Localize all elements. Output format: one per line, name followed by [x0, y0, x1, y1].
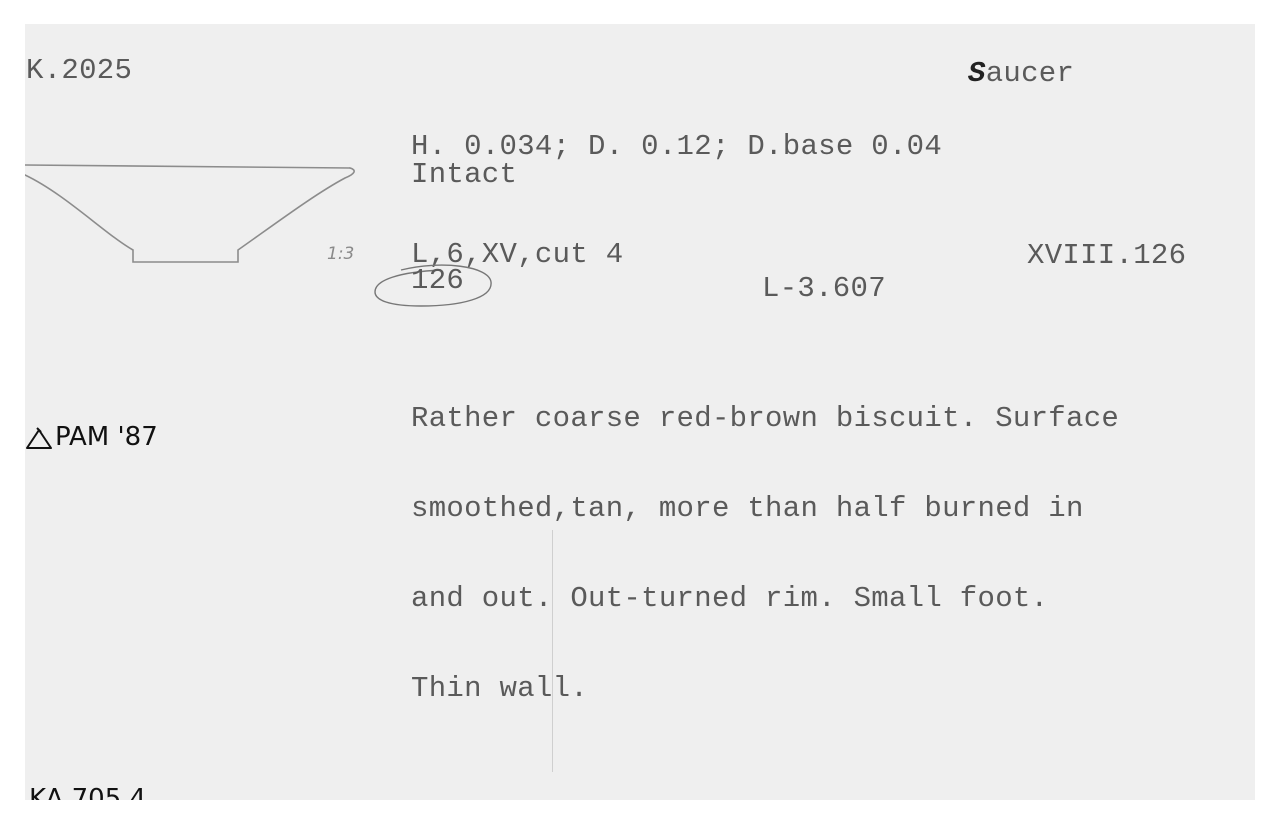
plate-reference: XVIII.126 — [1027, 243, 1186, 269]
description-line: and out. Out-turned rim. Small foot. — [411, 584, 1119, 614]
object-type-initial: S — [968, 57, 986, 90]
bottom-handwritten-note: KA 705 4 — [29, 784, 146, 800]
inventory-number: L-3.607 — [762, 276, 886, 302]
lot-number: 126 — [411, 268, 464, 294]
handwritten-note: PAM '87 — [55, 422, 158, 452]
object-type-rest: aucer — [986, 57, 1075, 90]
description-line: Thin wall. — [411, 674, 1119, 704]
fold-line — [552, 530, 553, 772]
catalog-card: K.2025 Saucer 1:3 H. 0.034; D. 0.12; D.b… — [25, 24, 1255, 800]
condition: Intact — [411, 162, 517, 188]
description-line: Rather coarse red-brown biscuit. Surface — [411, 404, 1119, 434]
object-type: Saucer — [968, 61, 1074, 87]
triangle-icon — [25, 426, 53, 452]
saucer-profile-drawing — [25, 154, 365, 264]
description-line: smoothed,tan, more than half burned in — [411, 494, 1119, 524]
description: Rather coarse red-brown biscuit. Surface… — [411, 344, 1119, 764]
dimensions: H. 0.034; D. 0.12; D.base 0.04 — [411, 134, 942, 160]
catalog-number: K.2025 — [26, 58, 132, 84]
drawing-scale: 1:3 — [327, 244, 354, 264]
